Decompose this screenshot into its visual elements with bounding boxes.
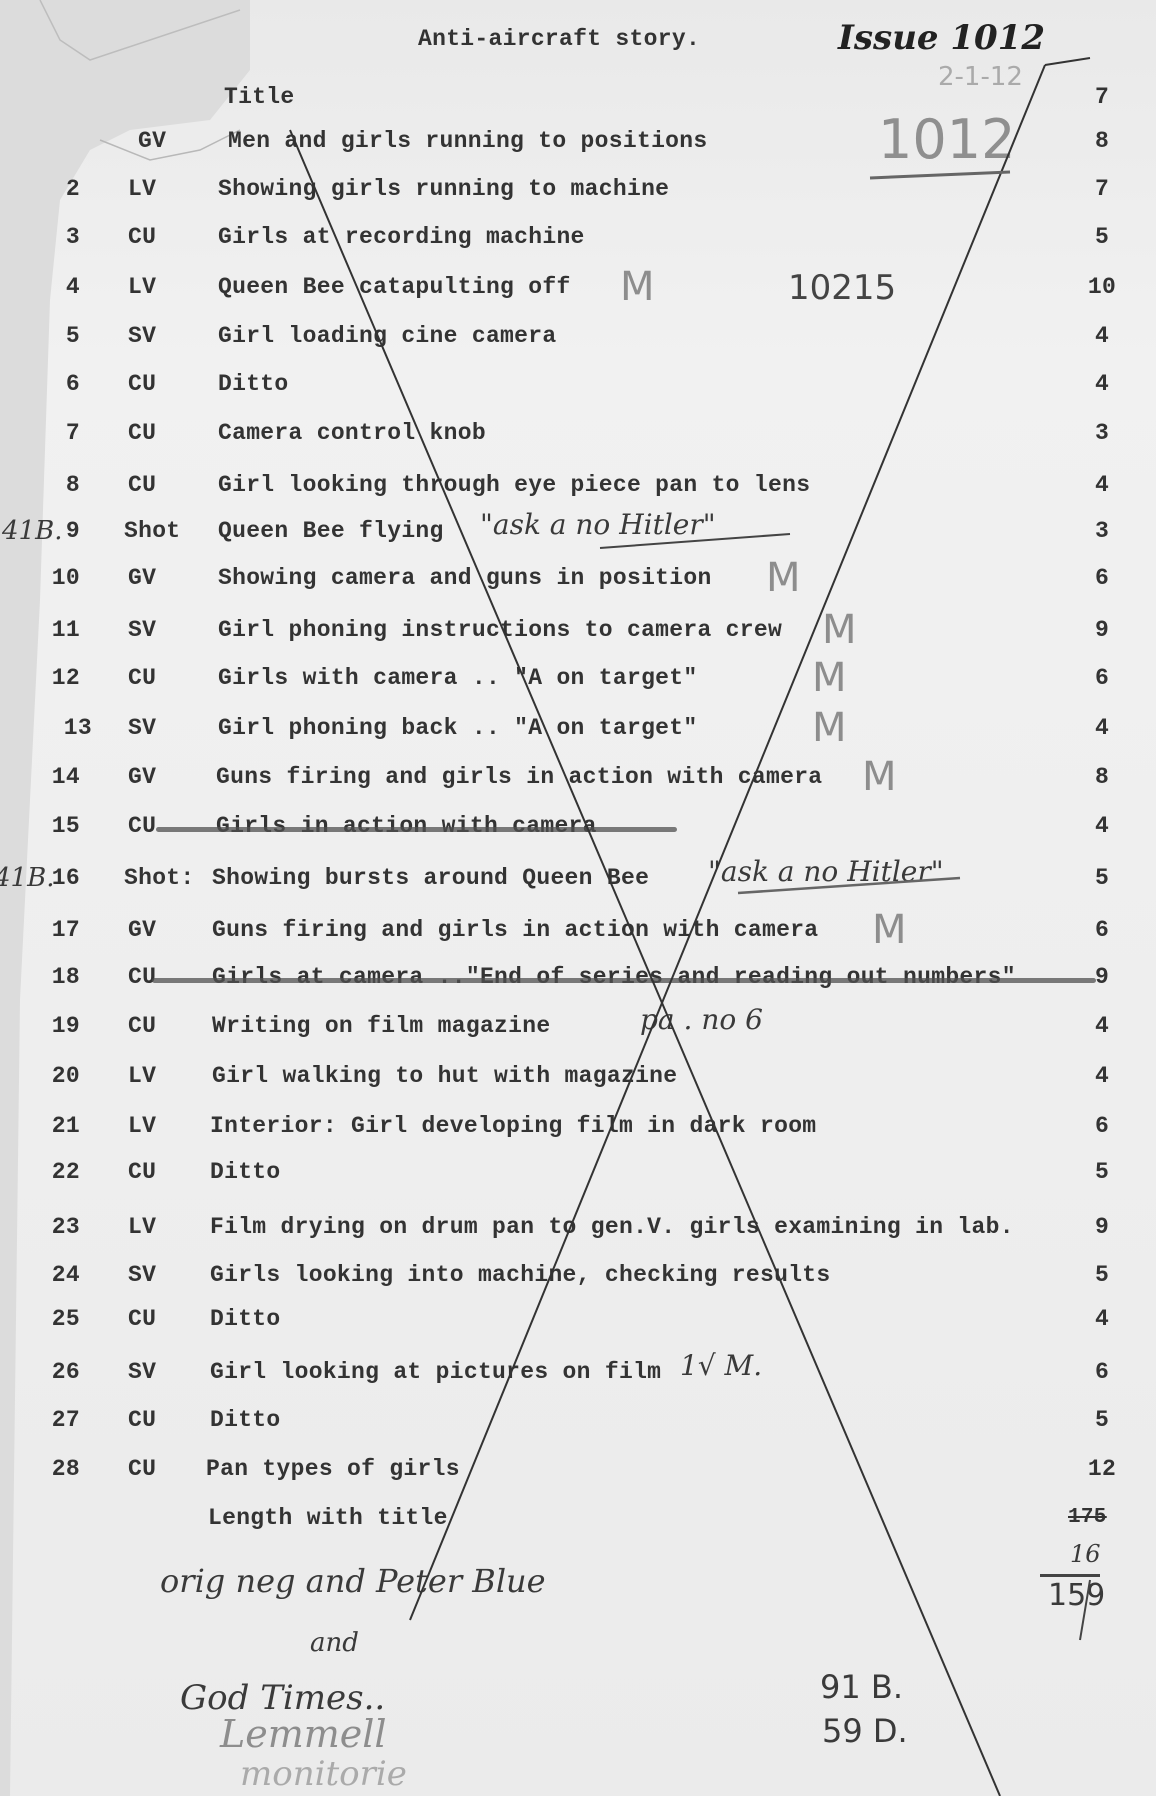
cancel-cross-lines [0,0,1156,1796]
document-page: Anti-aircraft story. Issue 1012 2-1-12 1… [0,0,1156,1796]
